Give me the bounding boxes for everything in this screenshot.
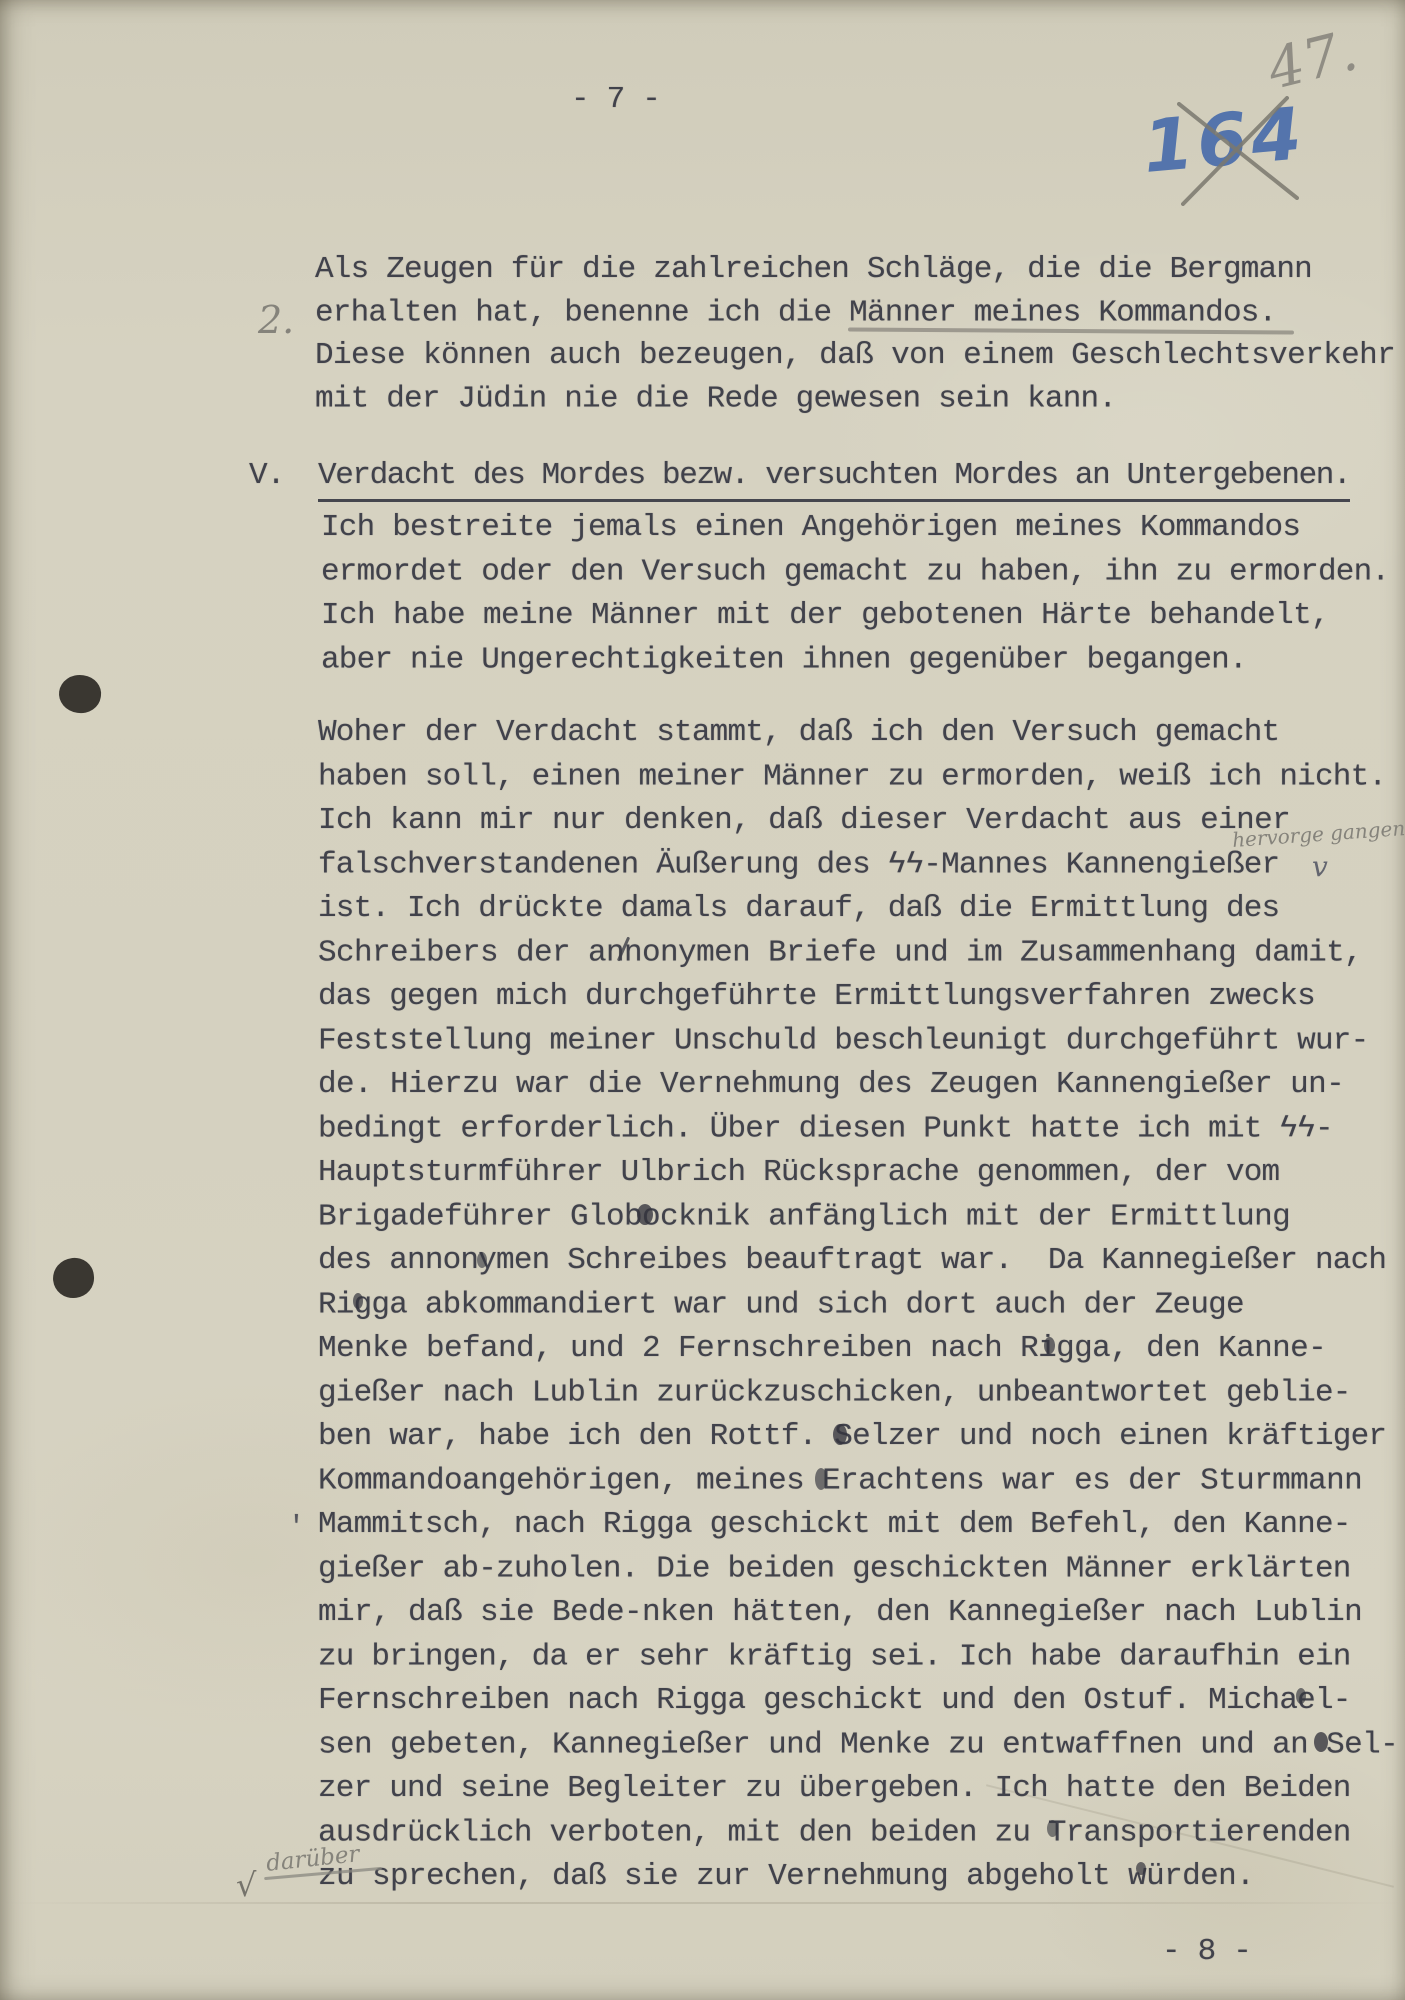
typed-line: Ich bestreite jemals einen Angehörigen m…	[321, 510, 1389, 554]
typed-line: Feststellung meiner Unschuld beschleunig…	[318, 1024, 1398, 1068]
typed-line: Mammitsch, nach Rigga geschickt mit dem …	[318, 1507, 1398, 1551]
typed-line: ermordet oder den Versuch gemacht zu hab…	[321, 555, 1389, 599]
ink-blotch-rigga-2	[1044, 1337, 1055, 1354]
margin-number-mark: 2.	[258, 298, 294, 342]
typed-line: gießer nach Lublin zurückzuschicken, unb…	[318, 1376, 1398, 1420]
typed-line: aber nie Ungerechtigkeiten ihnen gegenüb…	[321, 643, 1389, 687]
typed-line: Brigadeführer Globocknik anfänglich mit …	[318, 1200, 1398, 1244]
document-page: - 7 - 47. 164 2. ' Als Zeugen für die za…	[0, 0, 1405, 2000]
typed-line: Ich habe meine Männer mit der gebotenen …	[321, 598, 1389, 642]
ink-blotch-transport	[1047, 1820, 1058, 1837]
typed-line: sen gebeten, Kannegießer und Menke zu en…	[318, 1728, 1398, 1772]
paragraph-witnesses: Als Zeugen für die zahlreichen Schläge, …	[315, 252, 1395, 424]
typed-line: Als Zeugen für die zahlreichen Schläge, …	[315, 252, 1395, 295]
typed-line: ist. Ich drückte damals darauf, daß die …	[318, 891, 1398, 935]
typed-line: Fernschreiben nach Rigga geschickt und d…	[318, 1683, 1398, 1727]
hole-punch-bottom	[51, 1256, 96, 1300]
hole-punch-top	[57, 672, 104, 715]
typed-line: zer und seine Begleiter zu übergeben. Ic…	[318, 1771, 1398, 1815]
typed-line: Hauptsturmführer Ulbrich Rücksprache gen…	[318, 1155, 1398, 1199]
paragraph-denial: Ich bestreite jemals einen Angehörigen m…	[321, 510, 1389, 686]
typed-line: zu sprechen, daß sie zur Vernehmung abge…	[318, 1859, 1398, 1903]
ink-blotch-annonym	[477, 1252, 487, 1268]
section-numeral: V.	[249, 458, 285, 493]
typed-line: falschverstandenen Äußerung des ϟϟ-Manne…	[318, 848, 1398, 892]
paragraph-account: Woher der Verdacht stammt, daß ich den V…	[318, 715, 1398, 1903]
typed-line: de. Hierzu war die Vernehmung des Zeugen…	[318, 1067, 1398, 1111]
ink-blotch-rigga-1	[353, 1293, 363, 1309]
ink-blotch-selzer	[833, 1424, 847, 1445]
typed-line: Schreibers der annonymen Briefe und im Z…	[318, 936, 1398, 980]
typed-line: Rigga abkommandiert war und sich dort au…	[318, 1288, 1398, 1332]
section-heading: Verdacht des Mordes bezw. versuchten Mor…	[318, 458, 1350, 502]
ink-blotch-globocknik	[637, 1204, 653, 1225]
margin-apostrophe: '	[288, 1512, 304, 1543]
ink-blotch-erachtens	[815, 1468, 827, 1490]
typed-line: bedingt erforderlich. Über diesen Punkt …	[318, 1112, 1398, 1156]
typed-line: ausdrücklich verboten, mit den beiden zu…	[318, 1816, 1398, 1860]
typed-line: mit der Jüdin nie die Rede gewesen sein …	[315, 382, 1395, 425]
check-mark-last-line: √	[236, 1866, 256, 1904]
typed-line: gießer ab-zuholen. Die beiden geschickte…	[318, 1552, 1398, 1596]
ink-blotch-michael	[1296, 1688, 1306, 1704]
pencil-cross-out	[1165, 92, 1315, 212]
page-number-bottom: - 8 -	[1162, 1934, 1251, 1969]
typed-line: zu bringen, da er sehr kräftig sei. Ich …	[318, 1640, 1398, 1684]
ink-blotch-sel	[1314, 1732, 1328, 1752]
typed-line: Diese können auch bezeugen, daß von eine…	[315, 338, 1395, 381]
typed-line: Menke befand, und 2 Fernschreiben nach R…	[318, 1331, 1398, 1375]
typed-line: Woher der Verdacht stammt, daß ich den V…	[318, 715, 1398, 759]
ink-blotch-wuerden	[1136, 1862, 1146, 1875]
typed-line: ben war, habe ich den Rottf. Selzer und …	[318, 1419, 1398, 1463]
page-number-top: - 7 -	[571, 82, 660, 117]
typed-line: mir, daß sie Bede-nken hätten, den Kanne…	[318, 1595, 1398, 1639]
pencil-folio-number: 47.	[1261, 18, 1363, 103]
typed-line: haben soll, einen meiner Männer zu ermor…	[318, 760, 1398, 804]
check-mark-kannengiesser: v	[1312, 850, 1328, 883]
typed-line: Kommandoangehörigen, meines Erachtens wa…	[318, 1464, 1398, 1508]
typed-line: das gegen mich durchgeführte Ermittlungs…	[318, 979, 1398, 1023]
